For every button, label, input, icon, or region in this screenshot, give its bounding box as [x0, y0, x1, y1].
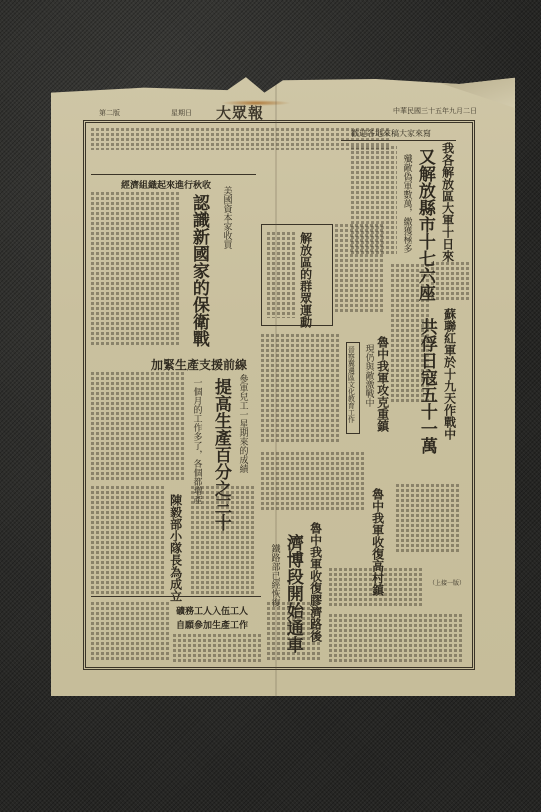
boxed-text — [267, 232, 295, 318]
mid-text — [261, 334, 341, 444]
lower-left-headline: 陳毅部小隊長為成立 — [169, 494, 182, 602]
top-text-block — [91, 128, 391, 150]
continued-text — [329, 568, 424, 608]
mid-caption: 晉察冀邊區文化教育工作 — [347, 346, 354, 423]
masthead: 第二版 星期日 大眾報 中華民國三十五年九月二日 — [51, 102, 515, 118]
soviet-kicker: 蘇聯紅軍於十九天作戰中 — [443, 308, 456, 440]
rule — [91, 174, 256, 175]
left-headline: 認識新國家的保衛戰 — [189, 194, 207, 347]
soviet-text — [391, 264, 431, 404]
lower-center-text — [191, 486, 256, 596]
left-text — [91, 192, 181, 347]
center-text — [335, 224, 385, 314]
rule — [91, 596, 261, 597]
railway-subhead: 鐵路部已經恢復 — [269, 544, 278, 607]
lead-subhead: 殲敵偽軍數萬，繳獲極多 — [401, 154, 410, 253]
rule — [341, 140, 456, 141]
lead-kicker: 我各解放區大軍十日來 — [441, 142, 454, 262]
production-text — [91, 372, 186, 482]
village-text — [396, 484, 461, 554]
production-banner: 加緊生產支援前線 — [151, 356, 247, 373]
footer-headline-1: 礦務工人入伍工人 — [176, 604, 248, 617]
footer-text-left — [91, 602, 171, 662]
boxed-headline: 解放區的群眾運動 — [299, 232, 312, 328]
edition-label: 第二版 — [99, 108, 120, 118]
date-label: 中華民國三十五年九月二日 — [393, 106, 477, 116]
footer-headline-2: 自願參加生產工作 — [176, 618, 248, 631]
mid-headline: 魯中我軍攻克重鎮 — [376, 336, 389, 432]
banner-notice: 歡迎各地來稿大家來寫 — [351, 128, 431, 139]
brief-text — [431, 262, 471, 302]
newspaper-page: 第二版 星期日 大眾報 中華民國三十五年九月二日 歡迎各地來稿大家來寫 我各解放… — [51, 74, 515, 696]
continued-label: （上接一版） — [429, 578, 465, 587]
weekday-label: 星期日 — [171, 108, 192, 118]
lower-left-text — [91, 486, 165, 596]
bottom-right-text — [329, 614, 464, 664]
center-fold — [275, 74, 277, 696]
production-kicker: 參軍兒工一星期來的成績 — [237, 374, 246, 473]
footer-text — [173, 634, 263, 662]
left-top-banner: 經濟組織起來進行秋收 — [121, 178, 211, 191]
left-kicker: 美國資本家收買 — [221, 186, 230, 249]
mid-subhead: 現仍與敵激戰中 — [363, 344, 372, 407]
